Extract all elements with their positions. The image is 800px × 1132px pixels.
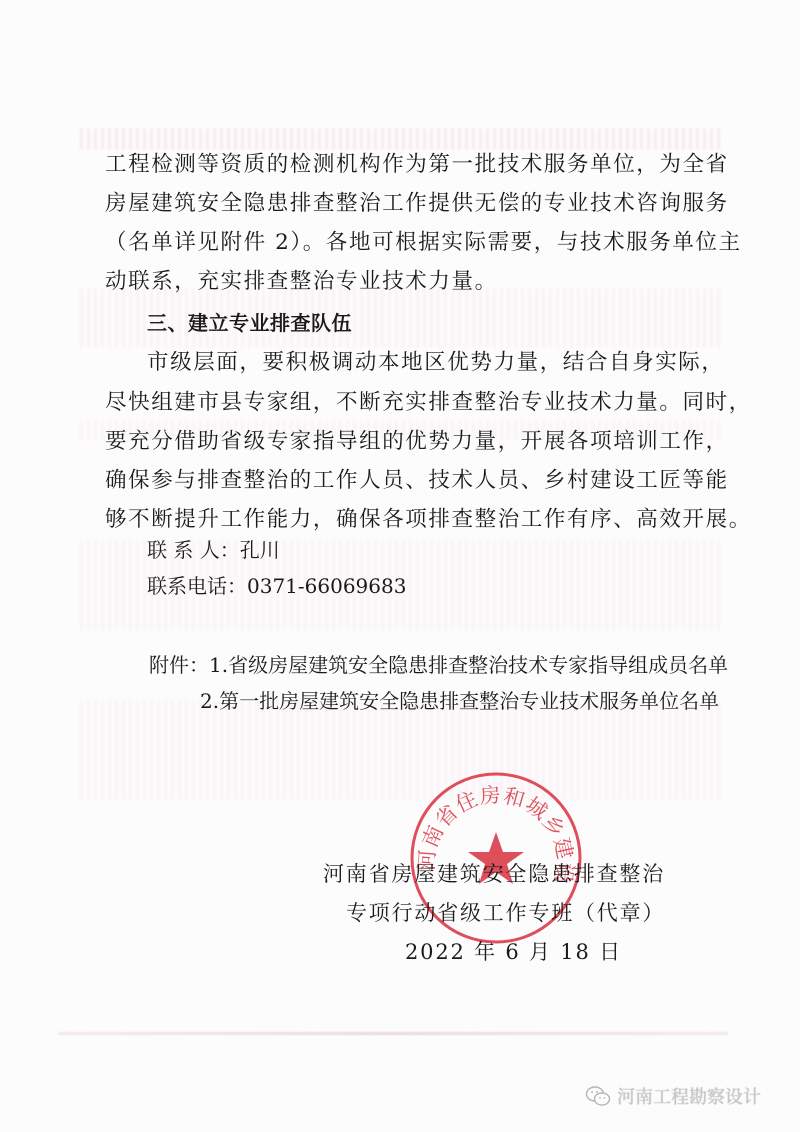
document-page: 工程检测等资质的检测机构作为第一批技术服务单位，为全省 房屋建筑安全隐患排查整治… xyxy=(0,0,800,1132)
signature-date: 2022 年 6 月 18 日 xyxy=(405,936,622,966)
bleed-through-text xyxy=(80,128,720,150)
section-heading: 三、建立专业排查队伍 xyxy=(147,310,352,336)
attachment-item-2: 2.第一批房屋建筑安全隐患排查整治专业技术服务单位名单 xyxy=(200,688,719,714)
body-line: 尽快组建市县专家组，不断充实排查整治专业技术力量。同时， xyxy=(105,390,752,416)
signature-line-2: 专项行动省级工作专班（代章） xyxy=(346,897,665,927)
body-line: 确保参与排查整治的工作人员、技术人员、乡村建设工匠等能 xyxy=(105,468,729,494)
contact-phone: 联系电话：0371-66069683 xyxy=(147,573,406,599)
body-line: 够不断提升工作能力，确保各项排查整治工作有序、高效开展。 xyxy=(105,507,752,533)
body-line: 工程检测等资质的检测机构作为第一批技术服务单位，为全省 xyxy=(105,152,729,178)
page-edge-line xyxy=(58,1032,728,1035)
bleed-through-text xyxy=(80,700,720,800)
contact-person-label: 联 系 人： xyxy=(147,538,240,562)
contact-phone-label: 联系电话： xyxy=(147,574,247,598)
body-line: 房屋建筑安全隐患排查整治工作提供无偿的专业技术咨询服务 xyxy=(105,191,729,217)
body-line: 市级层面，要积极调动本地区优势力量，结合自身实际， xyxy=(147,350,725,376)
contact-phone-number: 0371-66069683 xyxy=(247,574,406,598)
signature-line-1: 河南省房屋建筑安全隐患排查整治 xyxy=(323,858,665,888)
body-line: 动联系，充实排查整治专业技术力量。 xyxy=(105,269,498,295)
attachments-label: 附件： xyxy=(149,653,209,677)
watermark: 河南工程勘察设计 xyxy=(585,1083,761,1109)
contact-person: 联 系 人：孔川 xyxy=(147,537,280,563)
body-line: （名单详见附件 2）。各地可根据实际需要，与技术服务单位主 xyxy=(105,230,742,256)
watermark-text: 河南工程勘察设计 xyxy=(617,1083,761,1109)
contact-person-name: 孔川 xyxy=(240,538,280,562)
body-line: 要充分借助省级专家指导组的优势力量，开展各项培训工作， xyxy=(105,429,729,455)
wechat-icon xyxy=(585,1085,611,1107)
attachment-item-1: 附件：1.省级房屋建筑安全隐患排查整治技术专家指导组成员名单 xyxy=(149,652,728,678)
